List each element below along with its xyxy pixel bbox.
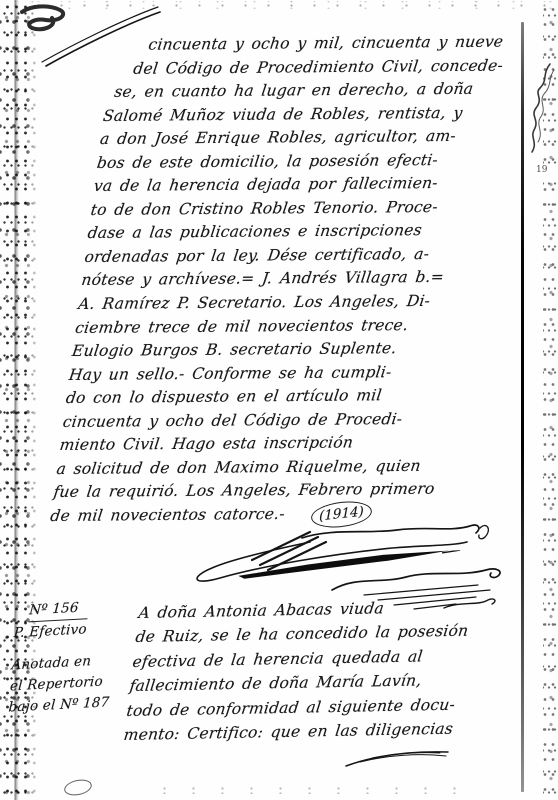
- handwritten-line: va de la herencia dejada por fallecimien…: [92, 172, 496, 199]
- page-edge-number: 19: [535, 164, 557, 176]
- handwritten-line: to de don Cristino Robles Tenorio. Proce…: [89, 195, 493, 222]
- handwritten-line: del Código de Procedimiento Civil, conce…: [132, 54, 512, 81]
- margin-line: Nº 156: [28, 597, 89, 622]
- handwritten-line: miento Civil. Hago esta inscripción: [58, 431, 462, 458]
- handwritten-line: A. Ramírez P. Secretario. Los Angeles, D…: [77, 290, 481, 317]
- handwritten-line: fue la requirió. Los Angeles, Febrero pr…: [52, 478, 456, 505]
- handwritten-line: do con lo dispuesto en el artículo mil: [64, 384, 468, 411]
- small-ink-circle: [63, 777, 94, 797]
- handwritten-line: se, en cuanto ha lugar en derecho, a doñ…: [113, 78, 509, 105]
- handwritten-line: cincuenta y ocho y mil, cincuenta y nuev…: [147, 31, 515, 58]
- handwritten-line: Hay un sello.- Conforme se ha cumpli-: [67, 360, 471, 387]
- entry2-margin-note: Nº 156 P. Efectivo Anotada en el Reperto…: [8, 595, 140, 719]
- entry2-text: A doña Antonia Abacas viuda de Ruiz, se …: [122, 594, 531, 748]
- stamp-mark-icon: [524, 60, 556, 160]
- handwritten-line: cincuenta y ocho del Código de Procedi-: [61, 407, 465, 434]
- handwritten-line: Eulogio Burgos B. secretario Suplente.: [71, 337, 475, 364]
- handwritten-line: ordenadas por la ley. Dése certificado, …: [83, 242, 487, 269]
- handwritten-line: a don José Enrique Robles, agricultor, a…: [98, 125, 502, 152]
- handwritten-line: nótese y archívese.= J. Andrés Villagra …: [80, 266, 484, 293]
- entry1-text: cincuenta y ocho y mil, cincuenta y nuev…: [49, 31, 515, 529]
- handwritten-line: a solicitud de don Maximo Riquelme, quie…: [55, 454, 459, 481]
- handwritten-line: bos de este domicilio, la posesión efect…: [95, 148, 499, 175]
- handwritten-line: Salomé Muñoz viuda de Robles, rentista, …: [102, 101, 506, 128]
- bottom-edge-speckle: [150, 786, 480, 794]
- handwritten-line: ciembre trece de mil novecientos trece.: [74, 313, 478, 340]
- handwritten-line: dase a las publicaciones e inscripciones: [86, 219, 490, 246]
- scan-page: 19 cincuenta y ocho y mil, cincuenta y n…: [0, 0, 558, 800]
- flourish-underline: [342, 744, 452, 770]
